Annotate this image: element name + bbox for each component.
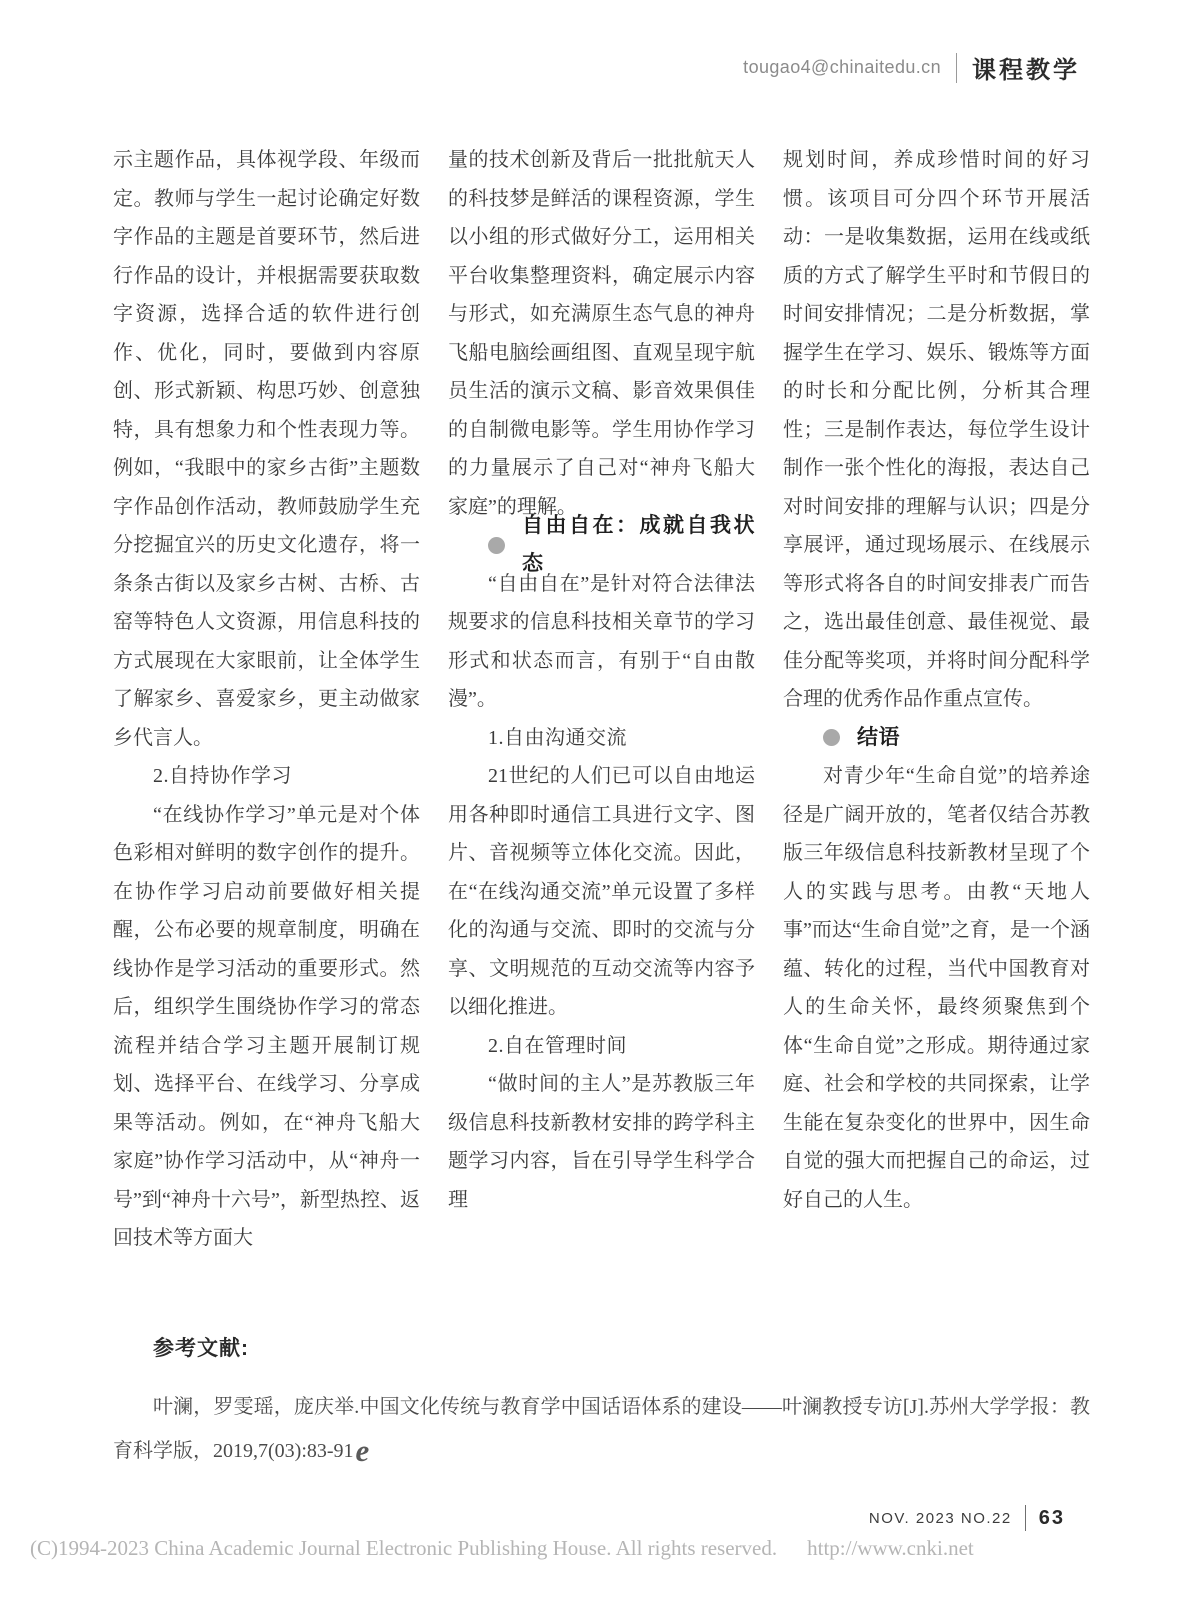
paragraph: “在线协作学习”单元是对个体色彩相对鲜明的数字创作的提升。在协作学习启动前要做好… (113, 796, 420, 1258)
subsection-heading: 2.自在管理时间 (448, 1027, 755, 1066)
section-heading-label: 结语 (857, 719, 900, 758)
text-column-1: 示主题作品，具体视学段、年级而定。教师与学生一起讨论确定好数字作品的主题是首要环… (113, 141, 420, 1258)
references-section: 参考文献: 叶澜，罗雯瑶，庞庆举.中国文化传统与教育学中国话语体系的建设——叶澜… (113, 1332, 1090, 1473)
submission-email: tougao4@chinaitedu.cn (743, 57, 941, 78)
paragraph: 对青少年“生命自觉”的培养途径是广阔开放的，笔者仅结合苏教版三年级信息科技新教材… (783, 757, 1090, 1219)
copyright-watermark: (C)1994-2023 China Academic Journal Elec… (30, 1536, 1150, 1561)
page-number: 63 (1039, 1507, 1065, 1530)
subsection-heading: 2.自持协作学习 (113, 757, 420, 796)
references-title: 参考文献: (113, 1332, 1090, 1362)
paragraph: 量的技术创新及背后一批批航天人的科技梦是鲜活的课程资源，学生以小组的形式做好分工… (448, 141, 755, 526)
header-divider (956, 53, 957, 83)
text-column-2: 量的技术创新及背后一批批航天人的科技梦是鲜活的课程资源，学生以小组的形式做好分工… (448, 141, 755, 1258)
section-heading: 自由自在：成就自我状态 (448, 526, 755, 565)
text-column-3: 规划时间，养成珍惜时间的好习惯。该项目可分四个环节开展活动：一是收集数据，运用在… (783, 141, 1090, 1258)
footer-divider (1025, 1505, 1026, 1531)
section-bullet-icon (823, 729, 840, 746)
paragraph: “自由自在”是针对符合法律法规要求的信息科技相关章节的学习形式和状态而言，有别于… (448, 565, 755, 719)
paragraph: “做时间的主人”是苏教版三年级信息科技新教材安排的跨学科主题学习内容，旨在引导学… (448, 1065, 755, 1219)
journal-section-title: 课程教学 (972, 50, 1080, 85)
journal-page: { "header": { "email": "tougao4@chinaite… (0, 0, 1179, 1600)
issue-label: NOV. 2023 NO.22 (869, 1510, 1012, 1527)
article-body: 示主题作品，具体视学段、年级而定。教师与学生一起讨论确定好数字作品的主题是首要环… (113, 141, 1090, 1258)
subsection-heading: 1.自由沟通交流 (448, 719, 755, 758)
cnki-url: http://www.cnki.net (807, 1536, 974, 1561)
section-heading: 结语 (783, 719, 1090, 758)
paragraph: 21世纪的人们已可以自由地运用各种即时通信工具进行文字、图片、音视频等立体化交流… (448, 757, 755, 1027)
section-bullet-icon (488, 537, 505, 554)
page-header: tougao4@chinaitedu.cn 课程教学 (743, 50, 1080, 85)
paragraph: 规划时间，养成珍惜时间的好习惯。该项目可分四个环节开展活动：一是收集数据，运用在… (783, 141, 1090, 719)
cnki-logo-glyph: e (356, 1429, 370, 1472)
reference-entry: 叶澜，罗雯瑶，庞庆举.中国文化传统与教育学中国话语体系的建设——叶澜教授专访[J… (113, 1386, 1090, 1473)
paragraph: 示主题作品，具体视学段、年级而定。教师与学生一起讨论确定好数字作品的主题是首要环… (113, 141, 420, 757)
footer-issue-info: NOV. 2023 NO.22 63 (869, 1505, 1065, 1531)
copyright-text: (C)1994-2023 China Academic Journal Elec… (30, 1536, 777, 1561)
reference-text: 叶澜，罗雯瑶，庞庆举.中国文化传统与教育学中国话语体系的建设——叶澜教授专访[J… (113, 1396, 1090, 1462)
